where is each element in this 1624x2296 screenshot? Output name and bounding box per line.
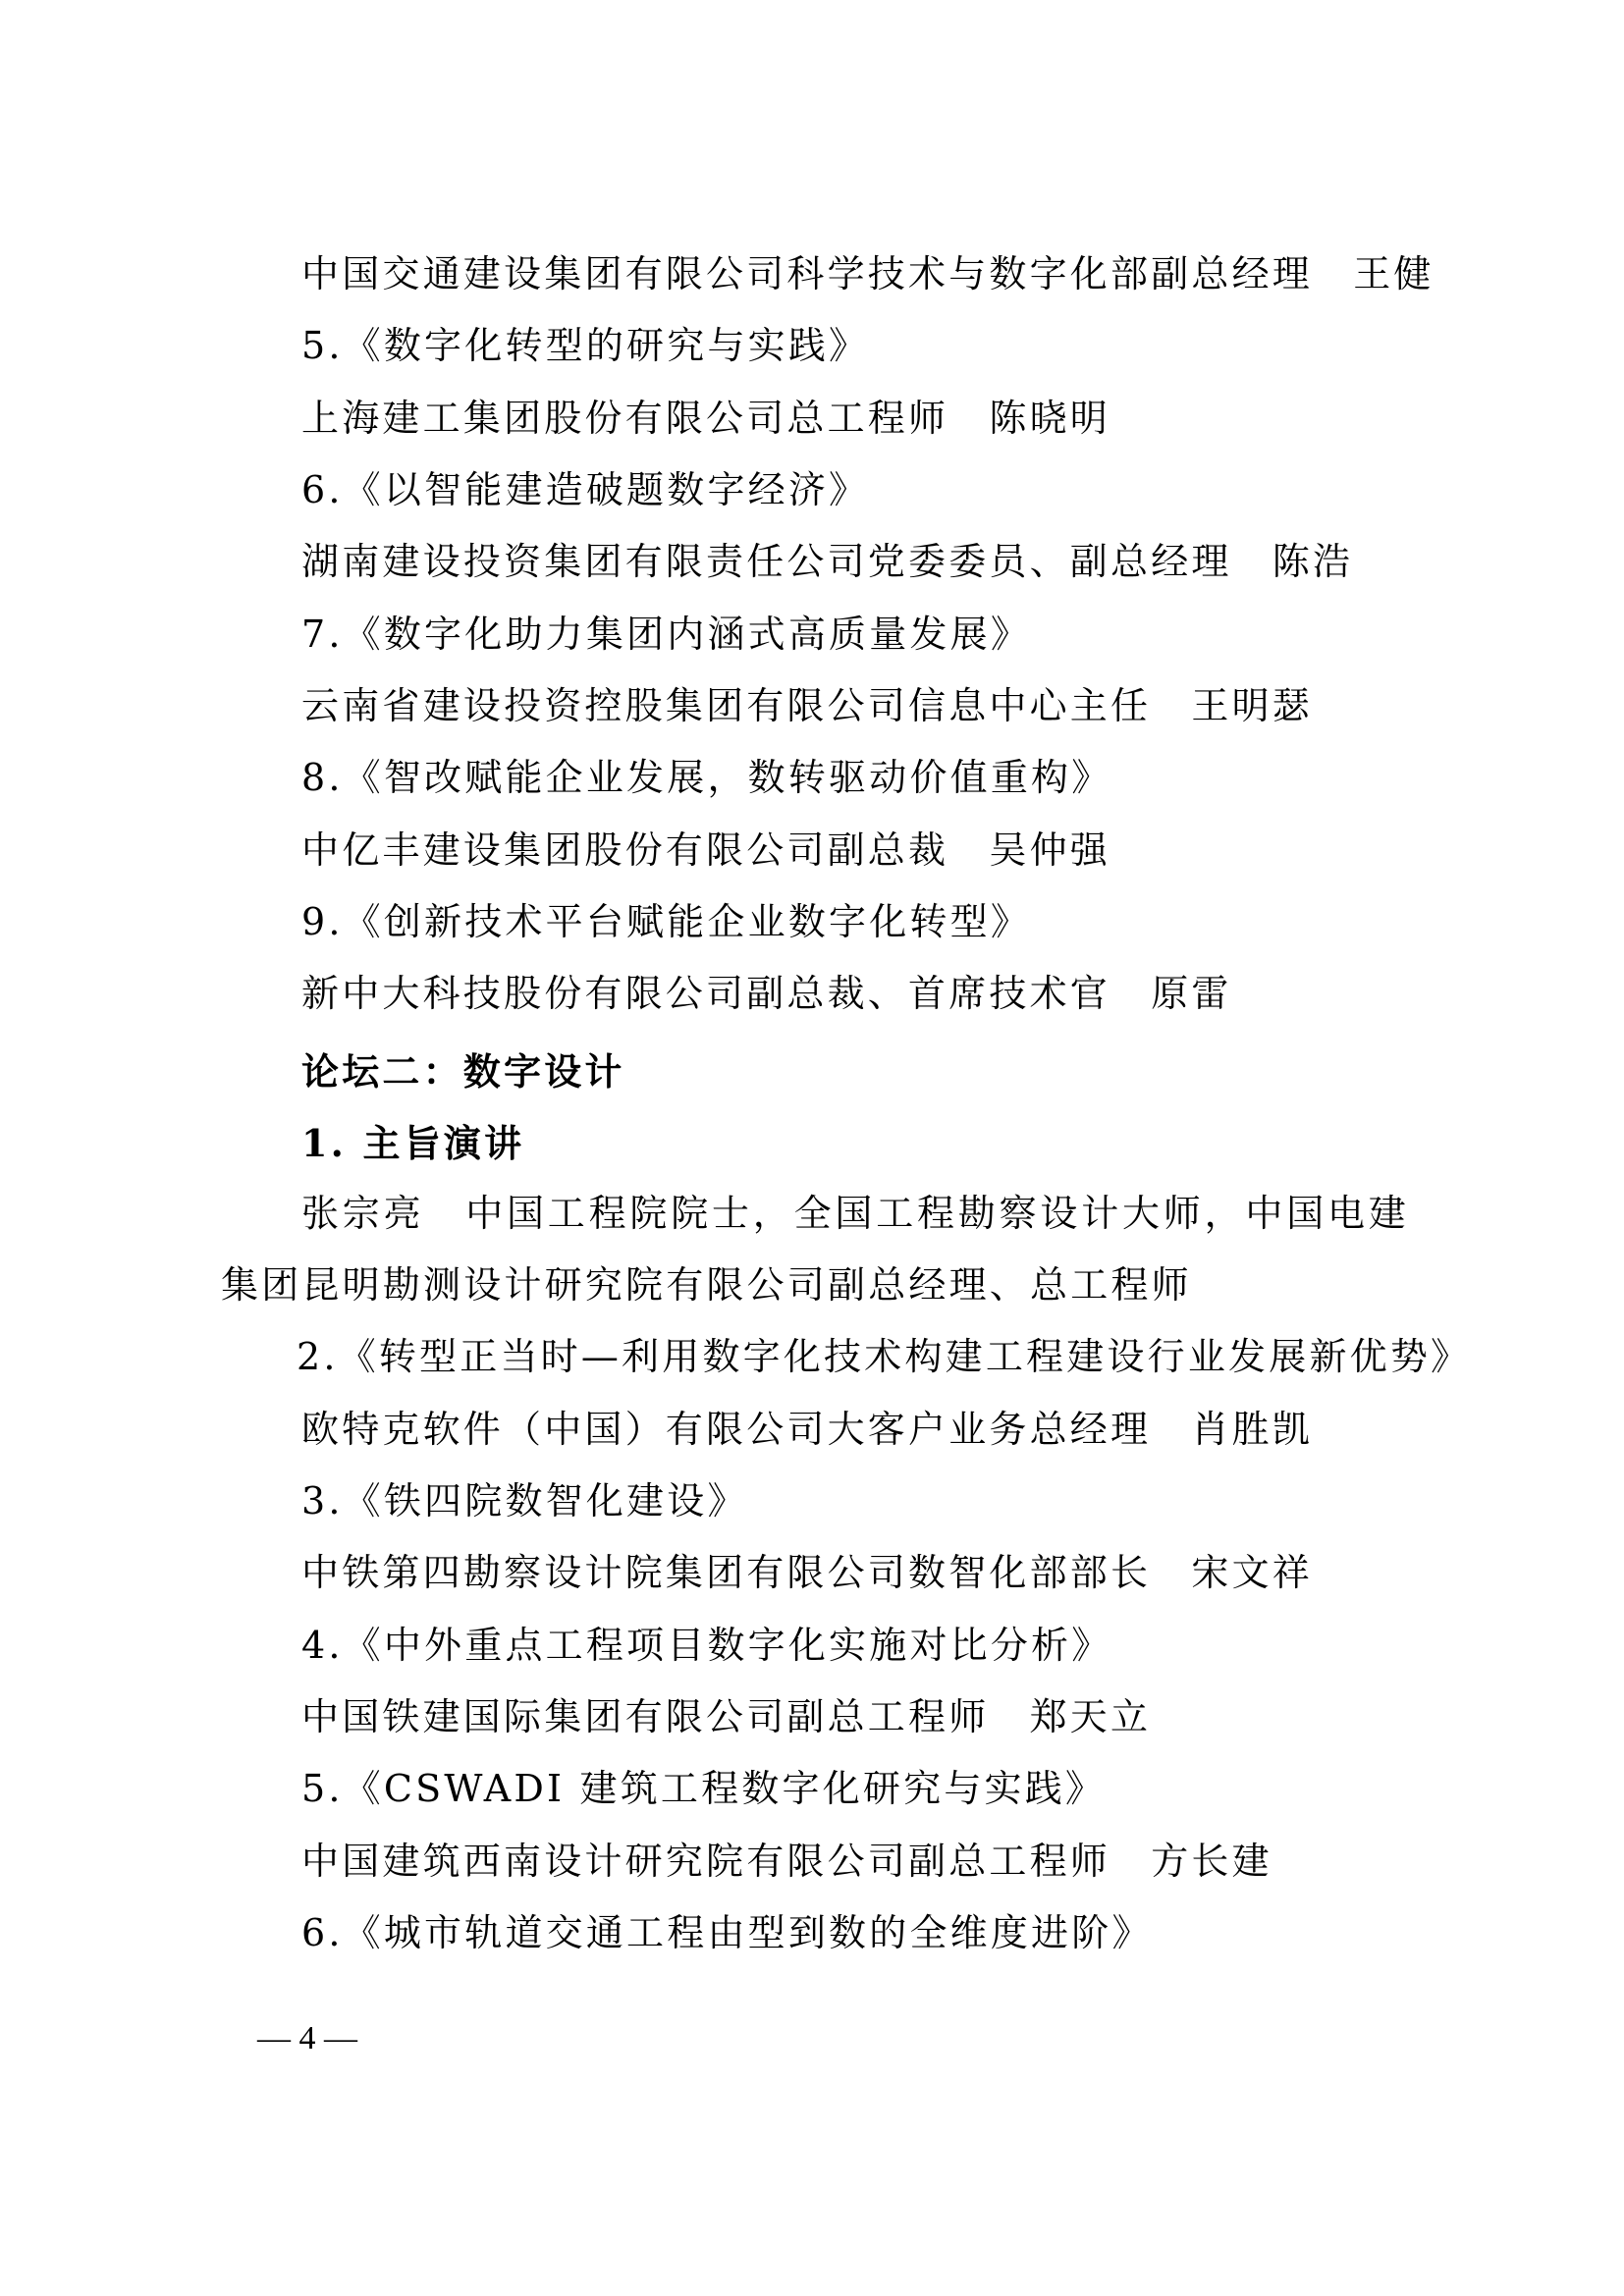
talk-title: 9.《创新技术平台赋能企业数字化转型》 [221,886,1409,958]
talk-title: 6.《以智能建造破题数字经济》 [221,454,1409,526]
speaker-line: 云南省建设投资控股集团有限公司信息中心主任 王明瑟 [221,670,1409,742]
page-number: — 4 — [257,2014,357,2063]
speaker-line: 湖南建设投资集团有限责任公司党委委员、副总经理 陈浩 [221,526,1409,598]
section-heading: 论坛二：数字设计 [221,1036,1409,1107]
talk-title: 5.《数字化转型的研究与实践》 [221,310,1409,382]
talk-title: 2.《转型正当时—利用数字化技术构建工程建设行业发展新优势》 [221,1321,1409,1393]
document-page: 中国交通建设集团有限公司科学技术与数字化部副总经理 王健 5.《数字化转型的研究… [0,0,1624,2296]
speaker-line: 中国建筑西南设计研究院有限公司副总工程师 方长建 [221,1826,1409,1897]
speaker-line: 中亿丰建设集团股份有限公司副总裁 吴仲强 [221,815,1409,886]
talk-title: 3.《铁四院数智化建设》 [221,1466,1409,1537]
speaker-line: 上海建工集团股份有限公司总工程师 陈晓明 [221,383,1409,454]
speaker-line: 新中大科技股份有限公司副总裁、首席技术官 原雷 [221,958,1409,1030]
talk-title: 8.《智改赋能企业发展，数转驱动价值重构》 [221,742,1409,814]
talk-title: 5.《CSWADI 建筑工程数字化研究与实践》 [221,1753,1409,1825]
speaker-line: 中铁第四勘察设计院集团有限公司数智化部部长 宋文祥 [221,1537,1409,1609]
speaker-line: 中国铁建国际集团有限公司副总工程师 郑天立 [221,1682,1409,1753]
sub-heading: 1. 主旨演讲 [221,1107,1409,1179]
talk-title: 4.《中外重点工程项目数字化实施对比分析》 [221,1610,1409,1682]
speaker-line: 张宗亮 中国工程院院士，全国工程勘察设计大师，中国电建 [221,1178,1409,1250]
speaker-line-continued: 集团昆明勘测设计研究院有限公司副总经理、总工程师 [221,1250,1409,1321]
talk-title: 6.《城市轨道交通工程由型到数的全维度进阶》 [221,1897,1409,1969]
speaker-line: 中国交通建设集团有限公司科学技术与数字化部副总经理 王健 [221,239,1409,310]
speaker-line: 欧特克软件（中国）有限公司大客户业务总经理 肖胜凯 [221,1394,1409,1466]
talk-title: 7.《数字化助力集团内涵式高质量发展》 [221,599,1409,670]
